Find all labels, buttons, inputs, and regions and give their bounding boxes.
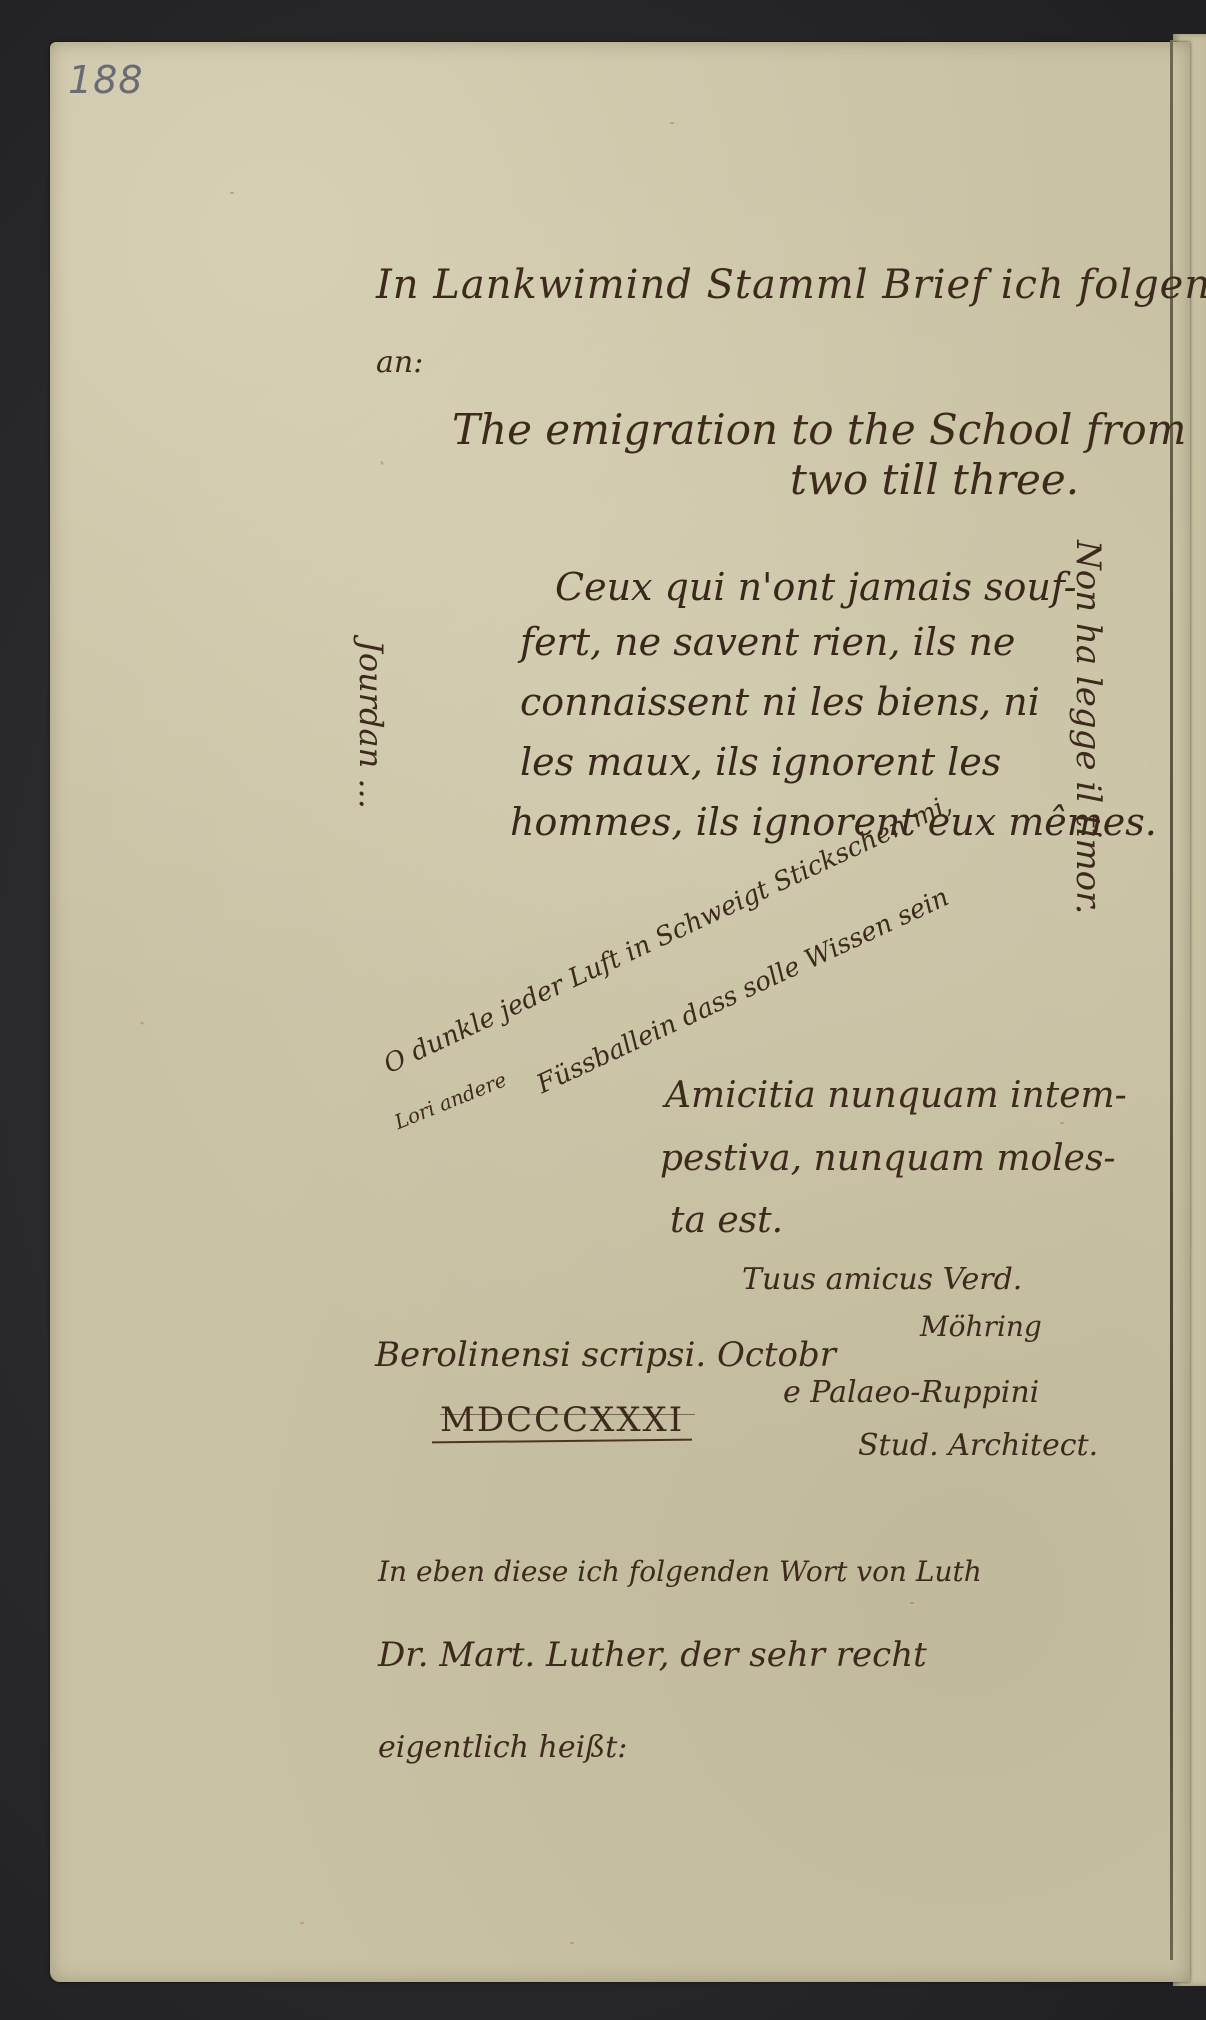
paper-speck <box>300 1921 304 1924</box>
signature-origin: e Palaeo-Ruppini <box>783 1375 1039 1410</box>
english-line-1: The emigration to the School from <box>452 405 1186 454</box>
right-margin-note: Non ha legge il timor. <box>1068 540 1108 914</box>
signature-title: Stud. Architect. <box>858 1428 1098 1463</box>
paper-speck <box>230 192 234 194</box>
paper-speck <box>1060 1122 1064 1124</box>
french-line-4: les maux, ils ignorent les <box>520 740 1001 784</box>
closing-line-1: In eben diese ich folgenden Wort von Lut… <box>378 1555 982 1588</box>
place-line: Berolinensi scripsi. Octobr <box>375 1335 836 1375</box>
paper-speck <box>380 461 384 465</box>
manuscript-page <box>50 42 1190 1982</box>
paper-speck <box>670 122 674 124</box>
book-gutter <box>1170 40 1173 1960</box>
paper-speck <box>910 1602 914 1604</box>
signature-line-1: Tuus amicus Verd. <box>742 1262 1022 1297</box>
closing-line-2: Dr. Mart. Luther, der sehr recht <box>378 1635 927 1675</box>
french-line-2: fert, ne savent rien, ils ne <box>520 620 1015 664</box>
latin-line-2: pestiva, nunquam moles- <box>660 1138 1116 1179</box>
french-line-5: hommes, ils ignorent eux mêmes. <box>510 800 1157 844</box>
paper-speck <box>570 1942 574 1944</box>
french-line-3: connaissent ni les biens, ni <box>520 680 1040 724</box>
english-line-2: two till three. <box>790 455 1079 504</box>
signature-name: Möhring <box>920 1310 1042 1343</box>
paper-speck <box>140 1021 144 1025</box>
latin-line-3: ta est. <box>670 1200 783 1241</box>
folio-number: 188 <box>68 58 144 102</box>
latin-line-1: Amicitia nunquam intem- <box>665 1075 1127 1116</box>
german-intro-line-1: In Lankwimind Stamml Brief ich folgendes <box>376 262 1206 308</box>
french-line-1: Ceux qui n'ont jamais souf- <box>555 565 1076 609</box>
date-roman-numeral: MDCCCXXXI <box>440 1400 684 1440</box>
left-margin-note: Jourdan ... <box>352 640 390 809</box>
german-intro-line-2: an: <box>376 345 423 380</box>
closing-line-3: eigentlich heißt: <box>378 1730 627 1765</box>
